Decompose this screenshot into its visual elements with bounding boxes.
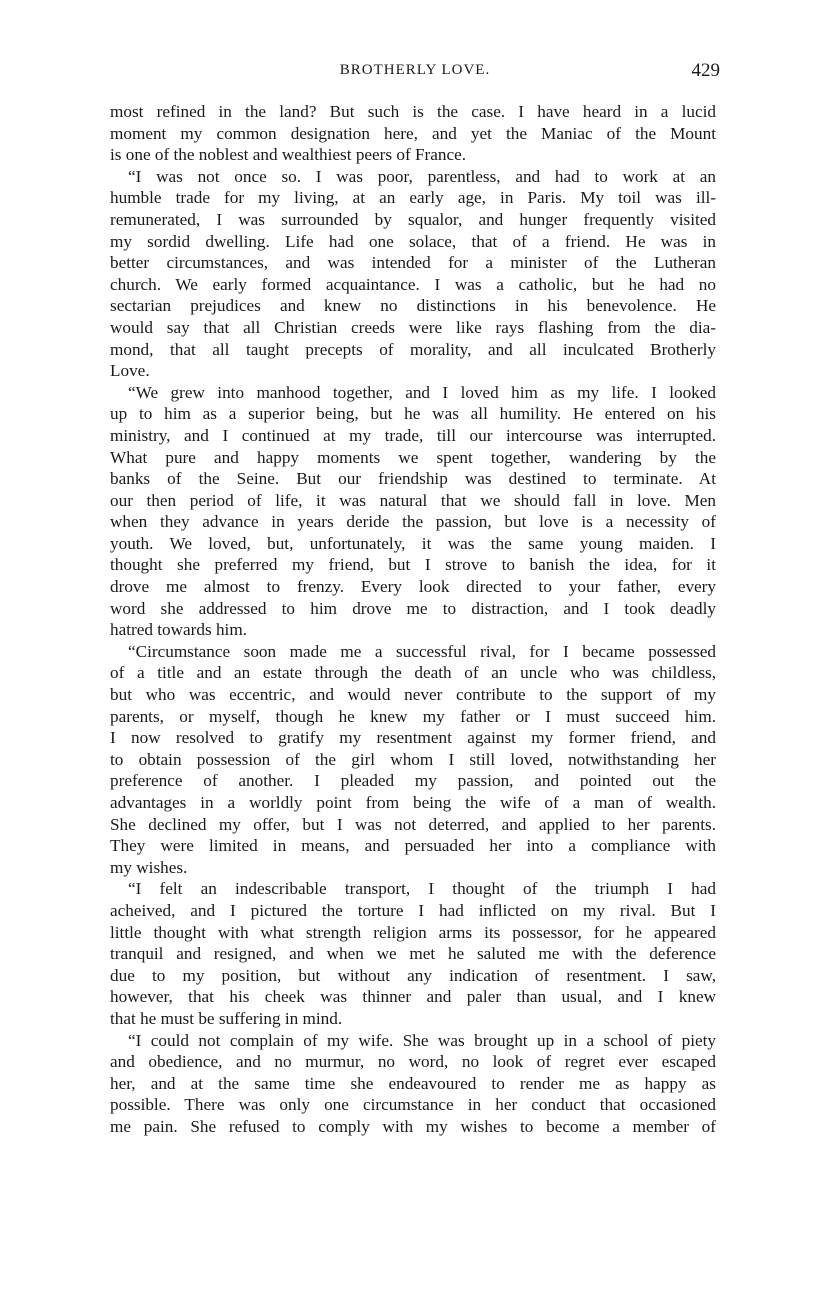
text-line: “I felt an indescribable transport, I th… — [110, 878, 716, 900]
text-line: “Circumstance soon made me a successful … — [110, 641, 716, 663]
text-line: most refined in the land? But such is th… — [110, 101, 716, 123]
text-line: “We grew into manhood together, and I lo… — [110, 382, 716, 404]
text-line: acheived, and I pictured the torture I h… — [110, 900, 716, 922]
text-line: banks of the Seine. But our friendship w… — [110, 468, 716, 490]
text-line: mond, that all taught precepts of morali… — [110, 339, 716, 361]
text-line: little thought with what strength religi… — [110, 922, 716, 944]
text-line: my sordid dwelling. Life had one solace,… — [110, 231, 716, 253]
page-number: 429 — [692, 60, 721, 82]
text-line: moment my common designation here, and y… — [110, 123, 716, 145]
text-line: due to my position, but without any indi… — [110, 965, 716, 987]
text-line: up to him as a superior being, but he wa… — [110, 403, 716, 425]
text-line: my wishes. — [110, 857, 716, 879]
text-line: word she addressed to him drove me to di… — [110, 598, 716, 620]
text-line: I now resolved to gratify my resentment … — [110, 727, 716, 749]
paragraph: “I felt an indescribable transport, I th… — [110, 878, 716, 1029]
text-line: “I was not once so. I was poor, parentle… — [110, 166, 716, 188]
text-line: She declined my offer, but I was not det… — [110, 814, 716, 836]
text-line: and obedience, and no murmur, no word, n… — [110, 1051, 716, 1073]
text-line: our then period of life, it was natural … — [110, 490, 716, 512]
text-line: preference of another. I pleaded my pass… — [110, 770, 716, 792]
text-line: when they advance in years deride the pa… — [110, 511, 716, 533]
text-line: to obtain possession of the girl whom I … — [110, 749, 716, 771]
paragraph: “Circumstance soon made me a successful … — [110, 641, 716, 879]
text-line: “I could not complain of my wife. She wa… — [110, 1030, 716, 1052]
paragraph: “I was not once so. I was poor, parentle… — [110, 166, 716, 382]
text-line: but who was eccentric, and would never c… — [110, 684, 716, 706]
running-title: BROTHERLY LOVE. — [110, 62, 720, 79]
text-line: sectarian prejudices and knew no distinc… — [110, 295, 716, 317]
text-line: me pain. She refused to comply with my w… — [110, 1116, 716, 1138]
text-line: advantages in a worldly point from being… — [110, 792, 716, 814]
text-line: thought she preferred my friend, but I s… — [110, 554, 716, 576]
text-line: tranquil and resigned, and when we met h… — [110, 943, 716, 965]
text-line: is one of the noblest and wealthiest pee… — [110, 144, 716, 166]
text-line: however, that his cheek was thinner and … — [110, 986, 716, 1008]
text-line: What pure and happy moments we spent tog… — [110, 447, 716, 469]
text-line: possible. There was only one circumstanc… — [110, 1094, 716, 1116]
paragraph: “I could not complain of my wife. She wa… — [110, 1030, 716, 1138]
text-line: drove me almost to frenzy. Every look di… — [110, 576, 716, 598]
text-line: that he must be suffering in mind. — [110, 1008, 716, 1030]
text-line: hatred towards him. — [110, 619, 716, 641]
text-line: parents, or myself, though he knew my fa… — [110, 706, 716, 728]
text-line: of a title and an estate through the dea… — [110, 662, 716, 684]
text-line: Love. — [110, 360, 716, 382]
running-head: BROTHERLY LOVE. 429 — [110, 60, 720, 84]
paragraph: most refined in the land? But such is th… — [110, 101, 716, 166]
book-page: BROTHERLY LOVE. 429 most refined in the … — [0, 0, 826, 1289]
paragraph: “We grew into manhood together, and I lo… — [110, 382, 716, 641]
text-line: her, and at the same time she endeavoure… — [110, 1073, 716, 1095]
text-line: They were limited in means, and persuade… — [110, 835, 716, 857]
text-line: humble trade for my living, at an early … — [110, 187, 716, 209]
text-line: youth. We loved, but, unfortunately, it … — [110, 533, 716, 555]
text-line: church. We early formed acquaintance. I … — [110, 274, 716, 296]
text-line: better circumstances, and was intended f… — [110, 252, 716, 274]
text-line: remunerated, I was surrounded by squalor… — [110, 209, 716, 231]
text-line: would say that all Christian creeds were… — [110, 317, 716, 339]
text-line: ministry, and I continued at my trade, t… — [110, 425, 716, 447]
body-text: most refined in the land? But such is th… — [110, 101, 716, 1138]
